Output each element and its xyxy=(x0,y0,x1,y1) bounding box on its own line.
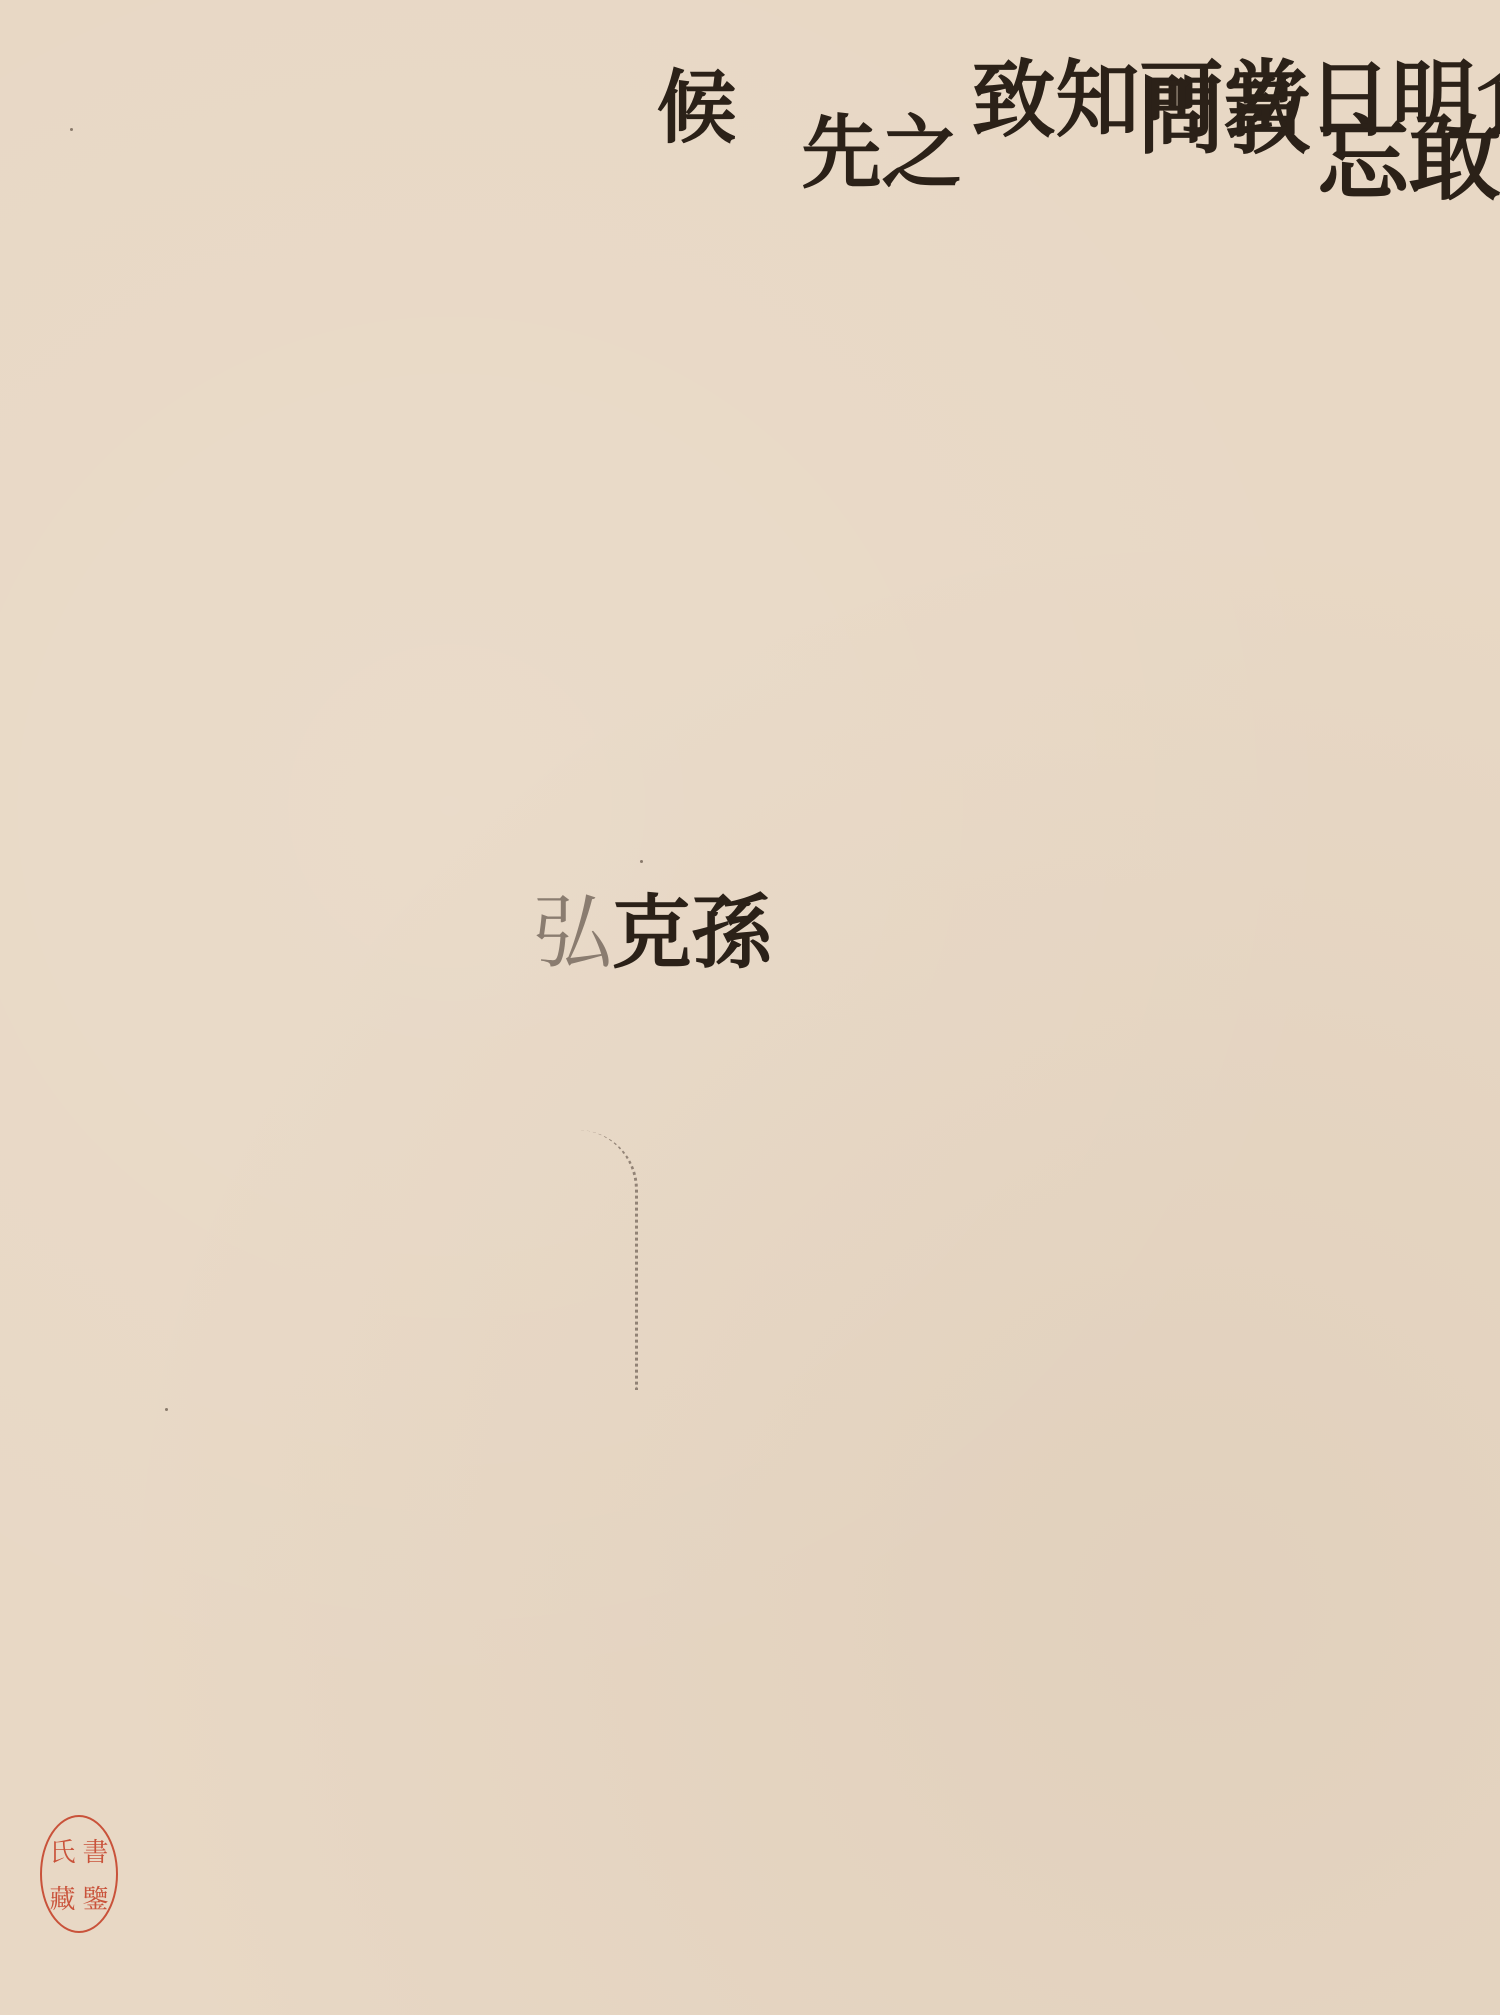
text-column-3: 誨 領 悉 老 母 喜 甚 意 居 今 已 服 食 明 日 當 可 知 致 xyxy=(965,55,1500,151)
signature-glyph: 孫 xyxy=(685,890,765,980)
glyph: 致 xyxy=(965,55,1049,151)
signature: 孫 克 弘 xyxy=(525,890,765,980)
signature-brush-tail xyxy=(575,1130,638,1390)
seal-glyph: 鑒 xyxy=(79,1879,112,1916)
glyph: 知 xyxy=(1049,55,1133,151)
red-seal-stamp: 書 氏 鑒 藏 xyxy=(40,1815,118,1933)
glyph: 先 xyxy=(795,110,875,190)
paper-speck xyxy=(70,128,73,131)
text-column-4: 之 先 xyxy=(795,110,955,190)
seal-glyph: 氏 xyxy=(46,1832,79,1869)
seal-glyph: 書 xyxy=(79,1832,112,1869)
text-column-5: 候 xyxy=(650,65,730,151)
paper-background xyxy=(0,0,1500,2015)
seal-glyph: 藏 xyxy=(46,1879,79,1916)
glyph: 明 xyxy=(1385,55,1469,151)
glyph: 日 xyxy=(1301,55,1385,151)
signature-glyph: 克 xyxy=(605,890,685,980)
paper-speck xyxy=(640,860,643,863)
glyph: 當 xyxy=(1217,55,1301,151)
signature-glyph-faint: 弘 xyxy=(525,890,605,980)
paper-speck xyxy=(165,1408,168,1411)
glyph: 之 xyxy=(875,110,955,190)
glyph: 候 xyxy=(650,65,730,151)
glyph: 可 xyxy=(1133,55,1217,151)
